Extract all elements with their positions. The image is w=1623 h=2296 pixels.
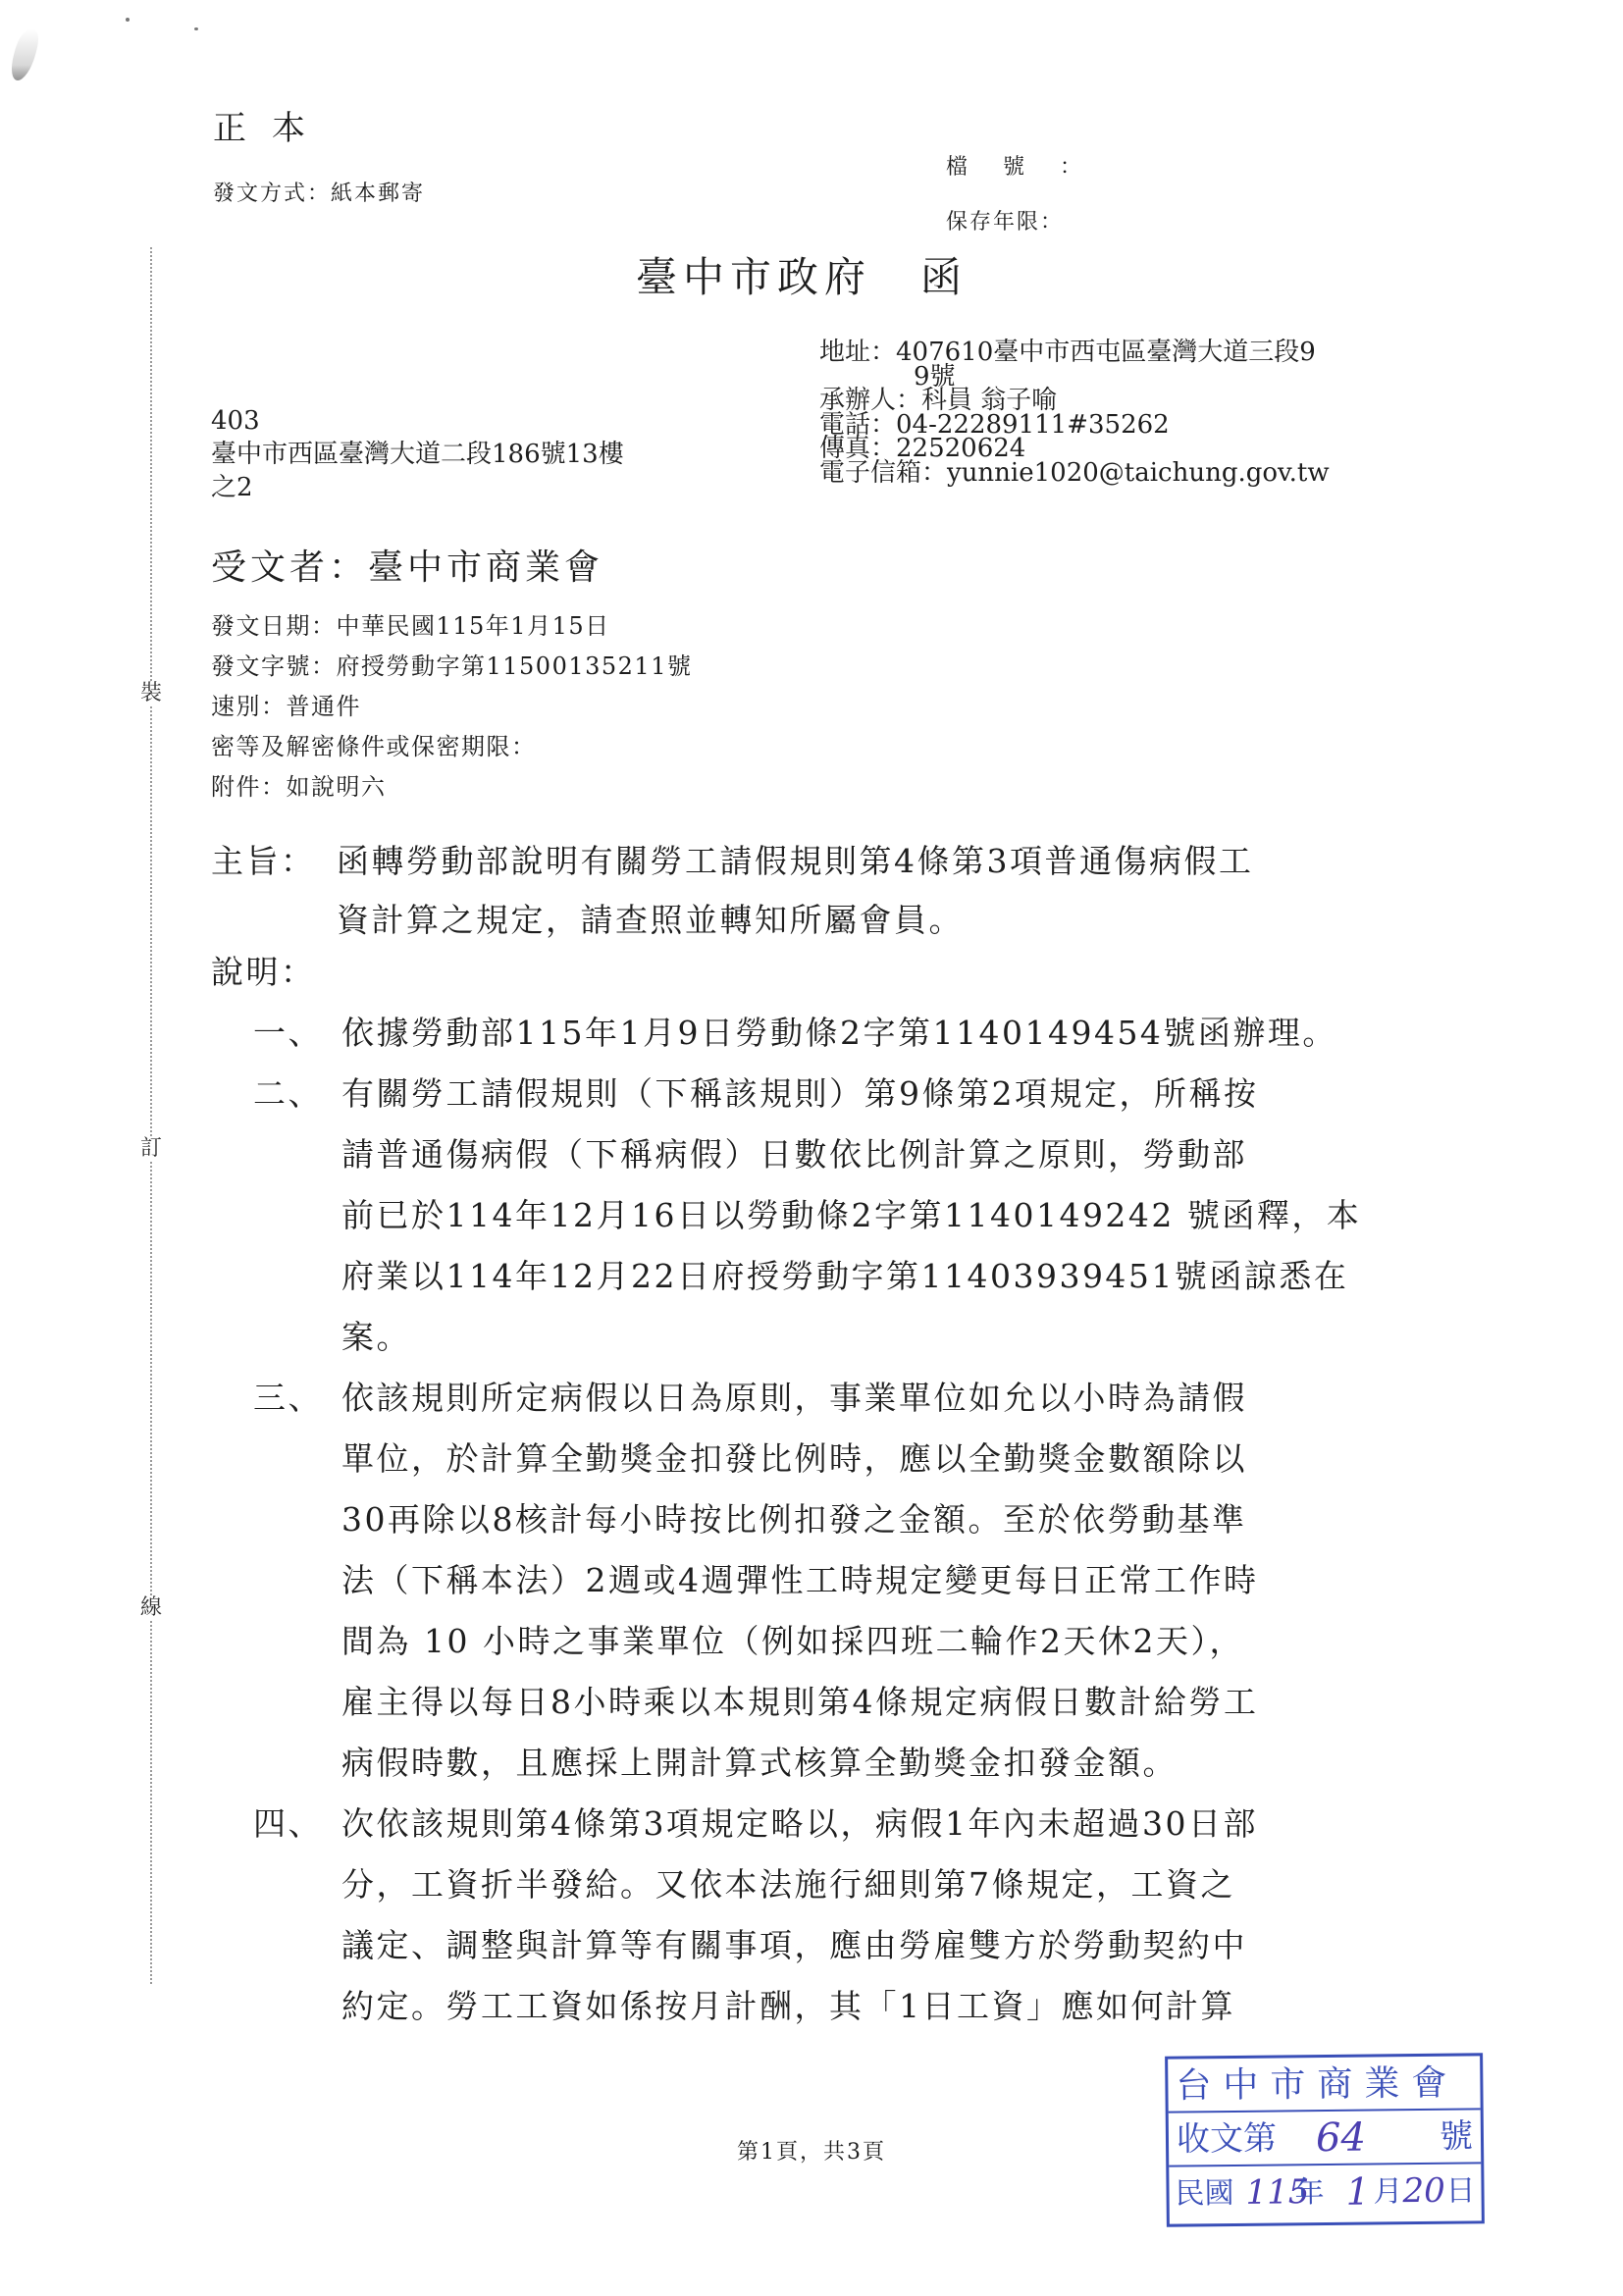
subject: 主旨：函轉勞動部說明有關勞工請假規則第4條第3項普通傷病假工 資計算之規定，請查… [211, 832, 1254, 950]
stamp-month: 1 [1345, 2166, 1370, 2219]
item-number: 三、 [253, 1368, 341, 1429]
explanation-item-3: 三、 依該規則所定病假以日為原則，事業單位如允以小時為請假 單位，於計算全勤獎金… [253, 1368, 1470, 1794]
stamp-receipt-suffix: 號 [1440, 2110, 1474, 2164]
receipt-stamp: 台中市商業會 收文第 64 號 民國 115 年 1 月 20 日 [1165, 2053, 1485, 2226]
issuer-name: 臺中市政府 [636, 253, 871, 301]
item-number: 一、 [253, 1003, 341, 1064]
copy-type: 正本 [213, 101, 331, 149]
subject-label: 主旨： [211, 832, 337, 891]
item-line: 依據勞動部115年1月9日勞動條2字第1140149454號函辦理。 [253, 1003, 1470, 1064]
item-line: 依該規則所定病假以日為原則，事業單位如允以小時為請假 [253, 1368, 1470, 1429]
attachment: 附件：如說明六 [211, 767, 692, 808]
binding-char-ding: 訂 [138, 1136, 164, 1162]
archive-number-label: 檔號： [946, 140, 1117, 195]
handler: 承辦人：科員 翁子喻 [819, 389, 1330, 413]
email[interactable]: 電子信箱：yunnie1020@taichung.gov.tw [819, 461, 1330, 486]
document-type: 函 [920, 253, 968, 301]
document-title: 臺中市政府函 [636, 245, 968, 304]
fax: 傳真：22520624 [819, 437, 1330, 461]
binding-char-xian: 線 [138, 1595, 164, 1621]
subject-line: 資計算之規定，請查照並轉知所屬會員。 [211, 891, 1254, 950]
item-number: 二、 [253, 1064, 341, 1124]
explanation-item-1: 一、 依據勞動部115年1月9日勞動條2字第1140149454號函辦理。 [253, 1003, 1470, 1064]
reference-number: 發文字號：府授勞動字第11500135211號 [211, 647, 692, 687]
stamp-month-label: 月 [1373, 2165, 1403, 2218]
item-line: 議定、調整與計算等有關事項，應由勞雇雙方於勞動契約中 [253, 1915, 1470, 1976]
item-line: 病假時數，且應採上開計算式核算全勤獎金扣發金額。 [253, 1733, 1470, 1794]
item-line: 前已於114年12月16日以勞動條2字第1140149242 號函釋，本 [253, 1185, 1470, 1246]
address-line-1: 地址：407610臺中市西屯區臺灣大道三段9 [819, 340, 1330, 365]
binding-char-zhuang: 裝 [138, 681, 164, 706]
archive-block: 檔號： 保存年限： [946, 140, 1117, 250]
recipient-address-line-1: 臺中市西區臺灣大道二段186號13樓 [211, 438, 624, 471]
scan-speck [126, 18, 130, 22]
item-number: 四、 [253, 1794, 341, 1854]
subject-line: 函轉勞動部說明有關勞工請假規則第4條第3項普通傷病假工 [337, 842, 1254, 880]
stamp-day: 20 [1402, 2165, 1445, 2218]
classification: 密等及解密條件或保密期限： [211, 727, 692, 767]
stamp-receipt-number: 64 [1316, 2112, 1366, 2166]
scan-smudge [7, 29, 42, 80]
item-line: 分，工資折半發給。又依本法施行細則第7條規定，工資之 [253, 1854, 1470, 1915]
explanation-item-4: 四、 次依該規則第4條第3項規定略以，病假1年內未超過30日部 分，工資折半發給… [253, 1794, 1470, 2037]
recipient-address-line-2: 之2 [211, 471, 624, 504]
item-line: 府業以114年12月22日府授勞動字第11403939451號函諒悉在 [253, 1246, 1470, 1307]
stamp-org-row: 台中市商業會 [1168, 2056, 1481, 2113]
item-line: 請普通傷病假（下稱病假）日數依比例計算之原則，勞動部 [253, 1124, 1470, 1185]
explanation-label: 說明： [211, 947, 316, 993]
explanation-item-2: 二、 有關勞工請假規則（下稱該規則）第9條第2項規定，所稱按 請普通傷病假（下稱… [253, 1064, 1470, 1368]
stamp-year-label: 年 [1294, 2166, 1325, 2219]
priority: 速別：普通件 [211, 687, 692, 727]
stamp-date-row: 民國 115 年 1 月 20 日 [1169, 2164, 1482, 2220]
item-line: 間為 10 小時之事業單位（例如採四班二輪作2天休2天）， [253, 1611, 1470, 1672]
send-method: 發文方式：紙本郵寄 [213, 177, 425, 207]
item-line: 次依該規則第4條第3項規定略以，病假1年內未超過30日部 [253, 1794, 1470, 1854]
recipient-postcode: 403 [211, 404, 624, 438]
item-line: 案。 [253, 1307, 1470, 1368]
item-line: 有關勞工請假規則（下稱該規則）第9條第2項規定，所稱按 [253, 1064, 1470, 1124]
item-line: 30再除以8核計每小時按比例扣發之金額。至於依勞動基準 [253, 1489, 1470, 1550]
stamp-org: 台中市商業會 [1168, 2056, 1481, 2113]
contact-block: 地址：407610臺中市西屯區臺灣大道三段9 9號 承辦人：科員 翁子喻 電話：… [819, 340, 1330, 485]
recipient: 受文者：臺中市商業會 [211, 540, 603, 590]
binding-dashed-line [150, 247, 152, 1984]
item-line: 雇主得以每日8小時乘以本規則第4條規定病假日數計給勞工 [253, 1672, 1470, 1733]
stamp-date-prefix: 民國 [1175, 2166, 1234, 2221]
stamp-receipt-row: 收文第 64 號 [1169, 2110, 1482, 2166]
item-line: 法（下稱本法）2週或4週彈性工時規定變更每日正常工作時 [253, 1550, 1470, 1611]
stamp-receipt-label: 收文第 [1177, 2113, 1278, 2167]
stamp-day-label: 日 [1445, 2164, 1476, 2218]
recipient-address: 403 臺中市西區臺灣大道二段186號13樓 之2 [211, 404, 624, 504]
scan-speck [194, 27, 198, 30]
retention-period-label: 保存年限： [946, 195, 1117, 250]
item-line: 單位，於計算全勤獎金扣發比例時，應以全勤獎金數額除以 [253, 1429, 1470, 1489]
item-line: 約定。勞工工資如係按月計酬，其「1日工資」應如何計算 [253, 1976, 1470, 2037]
document-meta: 發文日期：中華民國115年1月15日 發文字號：府授勞動字第1150013521… [211, 606, 692, 808]
issue-date: 發文日期：中華民國115年1月15日 [211, 606, 692, 647]
